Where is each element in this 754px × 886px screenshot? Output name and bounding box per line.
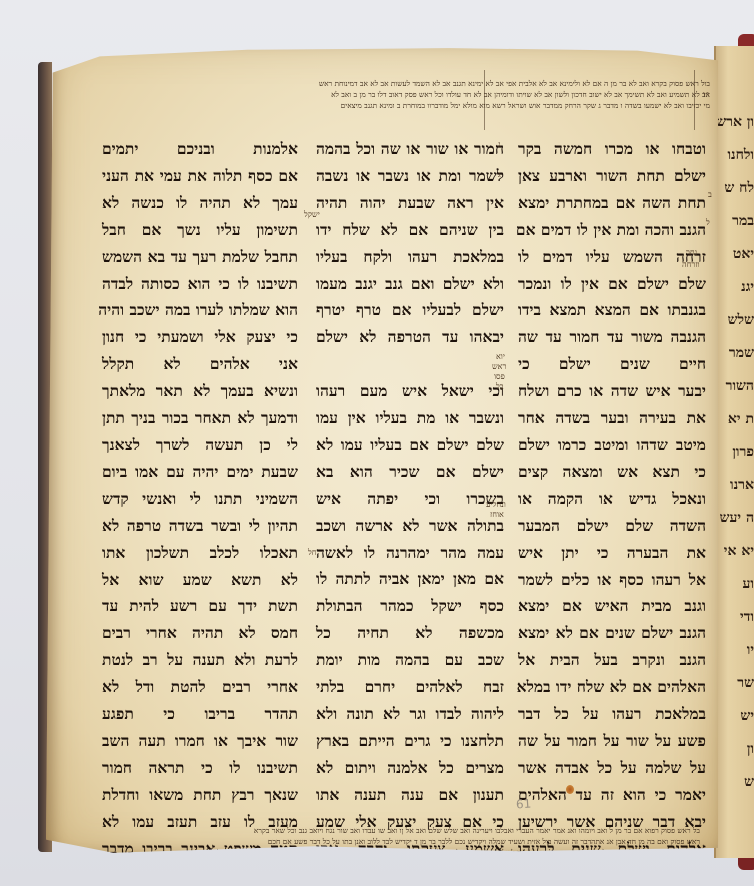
text-line: שלם ישלם אם אין לו ונמכר bbox=[518, 271, 706, 298]
parchment-stain bbox=[566, 785, 574, 794]
text-line: והרגתי אתכם בחרב והיו נשיכם bbox=[316, 862, 504, 886]
ruling-line bbox=[694, 70, 695, 130]
masorah-magna-top: בול ראש פסוק בקרא ואב לא בר מן ה אם לא ו… bbox=[98, 78, 710, 111]
masorah-line: בל ראש פסוק רפוא אם בר מן ל ואב ויומהו ו… bbox=[108, 825, 700, 836]
text-line: אין ראה שבעת יהוה תהיה bbox=[316, 190, 504, 217]
margin-note: ישקל bbox=[304, 210, 320, 220]
text-line: תהיון לי ובשר בשדה טרפה לא bbox=[102, 513, 298, 540]
text-line: תאכלו לכלב תשלכון אתו bbox=[102, 540, 298, 567]
text-line: אני אלהים לא תקלל bbox=[102, 351, 298, 378]
text-line: הגנב ונקרב בעל הבית אל bbox=[518, 647, 706, 674]
margin-note: ג bbox=[498, 170, 501, 180]
text-line: ליהוה לבדו וגר לא תונה ולא bbox=[316, 701, 504, 728]
text-line: עמך לא תהיה לו כנשה לא bbox=[102, 190, 298, 217]
margin-note: אוחז bbox=[490, 510, 504, 520]
facing-page-edge: ון ארשולחנולח שבמריאטיגנשלששמרהשורת יאפר… bbox=[714, 46, 754, 858]
margin-note: ו׳ו bbox=[703, 90, 709, 100]
margin-note: נחר bbox=[686, 248, 697, 258]
text-line: בגנבתו אם המצא תמצא בידו bbox=[518, 297, 706, 324]
text-line: על שלמה על כל אבדה אשר bbox=[518, 755, 706, 782]
margin-note: חל bbox=[308, 548, 316, 558]
text-line: ודמעך לא תאחר בכור בניך תתן bbox=[102, 405, 298, 432]
text-line: אל רעהו כסף או כלים לשמר bbox=[518, 567, 706, 594]
margin-note: פסו bbox=[494, 372, 505, 382]
text-line: הוא שמלתו לערו במה ישכב והיה bbox=[102, 297, 298, 324]
text-line: שכב עם בהמה מות יומת bbox=[316, 647, 504, 674]
text-line: בתולה אשר לא ארשה ושכב bbox=[316, 513, 504, 540]
text-line: ישלם לבעליו אם טרף יטרף bbox=[316, 297, 504, 324]
text-line: הגנבה משור עד חמור עד שה bbox=[518, 324, 706, 351]
text-line: שנאך רבץ תחת משאו וחדלת bbox=[102, 782, 298, 809]
manuscript-book: ון ארשולחנולח שבמריאטיגנשלששמרהשורת יאפר… bbox=[38, 40, 754, 858]
text-line: תהדר בריבו כי תפגע bbox=[102, 701, 298, 728]
masorah-line: בול ראש פסוק בקרא ואב לא בר מן ה אם לא ו… bbox=[98, 78, 710, 89]
text-line: שבעת ימים יהיה עם אמו ביום bbox=[102, 459, 298, 486]
text-line: הגנב והכה ומת אין לו דמים אם bbox=[518, 217, 706, 244]
text-line: עמה מהר ימהרנה לו לאשה bbox=[316, 540, 504, 567]
text-line: ונשיא בעמך לא תאר מלאתך bbox=[102, 378, 298, 405]
text-line: מכשפה לא תחיה כל bbox=[316, 620, 504, 647]
text-line: כי יתן איש אל רעהו bbox=[518, 862, 706, 886]
folio-number: 61 bbox=[516, 796, 532, 811]
text-line: ישלם אם שכיר הוא בא bbox=[316, 459, 504, 486]
text-line: מיטב שדהו ומיטב כרמו ישלם bbox=[518, 432, 706, 459]
text-line: תשיבנו לו כי תראה חמור bbox=[102, 755, 298, 782]
text-line: בין שניהם אם לא שלח ידו bbox=[316, 217, 504, 244]
masorah-line: ראש פסוק ואם בה מן חד אבן אנ אתהדבר זה ו… bbox=[108, 836, 700, 847]
manuscript-page: בול ראש פסוק בקרא ואב לא בר מן ה אם לא ו… bbox=[46, 40, 718, 856]
text-line: יבאהו עד הטרפה לא ישלם bbox=[316, 324, 504, 351]
text-column-middle: חמור או שור או שה וכל בהמה לשמר ומת או נ… bbox=[316, 136, 504, 886]
text-line: תלחצנו כי גרים הייתם בארץ bbox=[316, 728, 504, 755]
text-line: במלאכת רעהו ולקח בעליו bbox=[316, 244, 504, 271]
masorah-line: ישב תשובה׃ אם העבטו לא ברו שלמתן כם משכב… bbox=[108, 847, 700, 858]
text-line: אם מאן ימאן אביה לתתה לו bbox=[316, 566, 504, 593]
text-line: אחרי רבים להטת ודל לא bbox=[102, 674, 298, 701]
facing-page-fragments: ון ארשולחנולח שבמריאטיגנשלששמרהשורת יאפר… bbox=[716, 46, 754, 799]
masorah-line: אב לא תשמיע ואב לא תשימך אב לא ישוב חדכו… bbox=[98, 89, 710, 100]
text-line: כי תצא אש ומצאה קצים bbox=[518, 459, 706, 486]
text-line: כסף ישקל כמהר הבתולת bbox=[316, 593, 504, 620]
text-line: זרחה השמש עליו דמים לו bbox=[518, 244, 706, 271]
text-line: חיים שנים ישלם כי bbox=[518, 351, 706, 378]
text-line: לא תשא שמע שוא אל bbox=[102, 567, 298, 594]
text-line: יבער איש שדה או כרם ושלח bbox=[518, 378, 706, 405]
text-line: את בעירה ובער בשדה אחר bbox=[518, 405, 706, 432]
masorah-magna-bottom: בל ראש פסוק רפוא אם בר מן ל ואב ויומהו ו… bbox=[108, 825, 700, 869]
text-line: האלהים אם לא שלח ידו במלא bbox=[518, 674, 706, 701]
text-line: אלמנות ובניכם יתמים bbox=[102, 136, 298, 163]
text-line: תחבל שלמת רעך עד בא השמש bbox=[102, 244, 298, 271]
text-line: זבח לאלהים יחרם בלתי bbox=[316, 674, 504, 701]
text-line: וכי ישאל איש מעם רעהו bbox=[316, 378, 504, 405]
text-line: ולא ישלם ואם גנב יגנב מעמו bbox=[316, 271, 504, 298]
text-line: פשע על שור על חמור על שה bbox=[518, 728, 706, 755]
text-line: את הבערה כי יתן איש bbox=[518, 540, 706, 567]
text-line: שור איבך או חמרו תעה השב bbox=[102, 728, 298, 755]
text-line: תשימון עליו נשך אם חבל bbox=[102, 217, 298, 244]
text-line: ישלם תחת השור וארבע צאן bbox=[518, 163, 706, 190]
text-line: תשיבנו לו כי הוא כסותה לבדה bbox=[102, 271, 298, 298]
text-line: ונשבר או מת בעליו אין עמו bbox=[316, 405, 504, 432]
text-line: לשמר ומת או נשבר או נשבה bbox=[316, 163, 504, 190]
margin-note: ל bbox=[706, 218, 710, 228]
text-column-left: אלמנות ובניכם יתמים אם כסף תלוה את עמי א… bbox=[102, 136, 298, 886]
text-line: וטבחו או מכרו חמשה בקר bbox=[518, 136, 706, 163]
text-line: מצרים כל אלמנה ויתום לא bbox=[316, 755, 504, 782]
text-line: אם כסף תלוה את עמי את העני bbox=[102, 163, 298, 190]
text-line: תחת השה אם במחתרת ימצא bbox=[518, 190, 706, 217]
text-line: ונאכל גדיש או הקמה או bbox=[518, 486, 706, 513]
text-line: חמור או שור או שה וכל בהמה bbox=[316, 136, 504, 163]
masorah-line: מי יכזיבו ואב לא ישמעו בשדה ו מדבר ג שקר… bbox=[98, 100, 710, 111]
text-line: לרעת ולא תענה על רב לנטת bbox=[102, 647, 298, 674]
text-line: יאמר כי הוא זה עד האלהים bbox=[518, 782, 706, 809]
text-line: הגנב ישלם שנים אם לא ימצא bbox=[518, 620, 706, 647]
margin-note: ונחליע bbox=[486, 500, 506, 510]
text-column-right: וטבחו או מכרו חמשה בקר ישלם תחת השור ואר… bbox=[518, 136, 706, 886]
text-line: כי יצעק אלי ושמעתי כי חנון bbox=[102, 324, 298, 351]
margin-note: ג bbox=[498, 140, 501, 150]
text-line: תענון אם ענה תענה אתו bbox=[316, 782, 504, 809]
text-line: שקר תרחק ונקי וצדיק אל תהרג bbox=[102, 862, 298, 886]
text-line: לי כן תעשה לשרך לצאנך bbox=[102, 432, 298, 459]
margin-note: וזרחה bbox=[682, 260, 700, 270]
text-line: וגנב מבית האיש אם ימצא bbox=[518, 593, 706, 620]
masorah-line: ויחלף שמלתו ושמל שמלהו קרמו ועד כיום בשמ… bbox=[108, 858, 700, 869]
text-line: השמיני תתנו לי ואנשי קדש bbox=[102, 486, 298, 513]
text-line: במלאכת רעהו על כל דבר bbox=[518, 701, 706, 728]
margin-note: בל bbox=[496, 382, 504, 392]
text-line: חמס לא תהיה אחרי רבים bbox=[102, 620, 298, 647]
text-line: שלם ישלם אם בעליו עמו לא bbox=[316, 432, 504, 459]
text-line: תשת ידך עם רשע להית עד bbox=[102, 593, 298, 620]
text-line-blank bbox=[316, 351, 504, 378]
text-line: בשכרו וכי יפתה איש bbox=[316, 486, 504, 513]
margin-note: יוא bbox=[496, 352, 505, 362]
margin-note: ב bbox=[708, 190, 712, 200]
margin-note: ראש bbox=[492, 362, 506, 372]
text-line: השדה שלם ישלם המבער bbox=[518, 513, 706, 540]
ruling-line bbox=[484, 70, 485, 130]
